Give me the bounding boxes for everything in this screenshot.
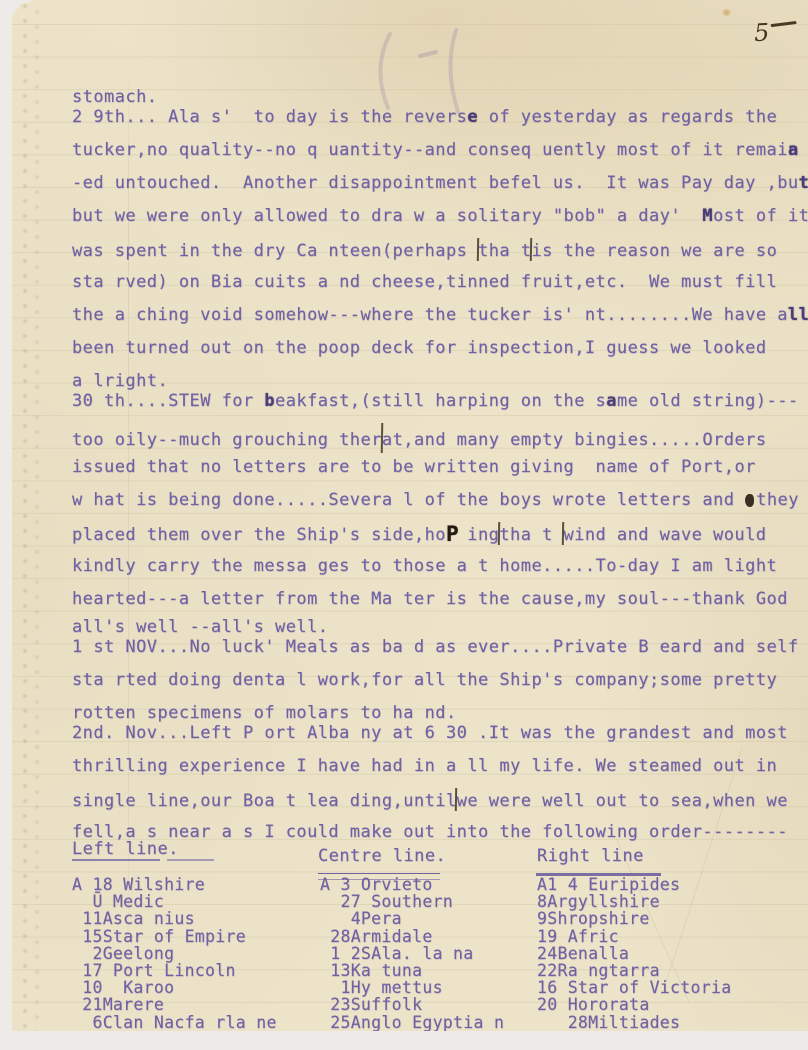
stain-mark bbox=[722, 9, 731, 16]
typed-text: the a ching void somehow---where the tuc… bbox=[72, 305, 788, 325]
typed-text: was spent in the dry Ca nteen(perhaps bbox=[72, 241, 478, 261]
fleet-ship-row: 25Anglo Egyptia n bbox=[320, 1014, 504, 1031]
typed-line: w hat is being done.....Severa l of the … bbox=[72, 489, 802, 511]
typed-text: thrilling experience I have had in a ll … bbox=[72, 756, 777, 776]
fleet-ship-row: 15Star of Empire bbox=[72, 928, 277, 945]
overstruck-text: t bbox=[799, 173, 808, 193]
fleet-ship-row: 6Clan Nacfa rla ne bbox=[72, 1014, 277, 1031]
typed-text: 2 9th... Ala s' to day is the revers bbox=[72, 107, 467, 127]
page-number: 5 bbox=[753, 17, 798, 47]
fleet-ship-row: 1 2SAla. la na bbox=[320, 945, 504, 962]
typed-text: eakfast,(still harping on the s bbox=[275, 391, 606, 411]
left-column-underline bbox=[72, 859, 214, 861]
typed-text: a lright. bbox=[72, 371, 168, 391]
typed-text: they bbox=[756, 490, 799, 510]
typed-line: a lright. bbox=[72, 370, 802, 392]
typed-line: 2 9th... Ala s' to day is the reverse of… bbox=[72, 106, 802, 128]
typed-text: but we were only allowed to dra w a soli… bbox=[72, 206, 702, 226]
overstruck-text: P bbox=[446, 523, 457, 545]
typed-text: 30 th....STEW for bbox=[72, 391, 264, 411]
fleet-ship-row: 23Suffolk bbox=[320, 996, 504, 1013]
typed-line: sta rted doing denta l work,for all the … bbox=[72, 669, 802, 691]
typed-text: stomach. bbox=[72, 87, 157, 107]
typed-line: been turned out on the poop deck for ins… bbox=[72, 337, 802, 359]
fleet-ship-row: 28Armidale bbox=[320, 928, 504, 945]
overstruck-text: a bbox=[606, 391, 617, 411]
typed-line: stomach. bbox=[72, 86, 802, 108]
typed-text: fell,a s near a s I could make out into … bbox=[72, 822, 788, 842]
fleet-ship-row: Ū Medic bbox=[72, 893, 277, 910]
typed-line: 2nd. Nov...Left P ort Alba ny at 6 30 .I… bbox=[72, 722, 802, 744]
fleet-ship-row: 11Asca nius bbox=[72, 910, 277, 927]
fleet-ship-row: 22Ra ngtarra bbox=[537, 962, 731, 979]
typed-text: -ed untouched. Another disappointment be… bbox=[72, 173, 799, 193]
column-header-centre: Centre line. bbox=[318, 846, 446, 866]
scanned-page: 5 stomach.2 9th... Ala s' to day is the … bbox=[0, 0, 808, 1050]
page-number-value: 5 bbox=[753, 18, 770, 47]
typed-line: sta rved) on Bia cuits a nd cheese,tinne… bbox=[72, 271, 802, 293]
fleet-column-right: A1 4 Euripides8Argyllshire9Shropshire19 … bbox=[537, 876, 731, 1031]
typed-line: placed them over the Ship's side,hoP ing… bbox=[72, 522, 802, 544]
typed-line: 30 th....STEW for beakfast,(still harpin… bbox=[72, 390, 802, 412]
typed-line: kindly carry the messa ges to those a t … bbox=[72, 555, 802, 577]
typed-line: single line,our Boa t lea ding,untilwe w… bbox=[72, 788, 802, 810]
fleet-column-centre: A 3 Orvieto 27 Southern 4Pera 28Armidale… bbox=[320, 876, 504, 1031]
typed-line: tucker,no quality--no q uantity--and con… bbox=[72, 139, 802, 161]
typed-text: ost of it bbox=[713, 206, 808, 226]
typed-text: hearted---a letter from the Ma ter is th… bbox=[72, 589, 788, 609]
typed-text-block: stomach.2 9th... Ala s' to day is the re… bbox=[72, 86, 802, 843]
typed-text: ing bbox=[457, 525, 500, 545]
typed-line: rotten specimens of molars to ha nd. bbox=[72, 702, 802, 724]
typed-line: issued that no letters are to be written… bbox=[72, 456, 802, 478]
fleet-ship-row: 21Marere bbox=[72, 996, 277, 1013]
typed-line: -ed untouched. Another disappointment be… bbox=[72, 172, 802, 194]
typed-text: we were well out to sea,when we bbox=[457, 791, 788, 811]
column-header-right: Right line bbox=[537, 846, 644, 866]
typed-line: 1 st NOV...No luck' Meals as ba d as eve… bbox=[72, 636, 802, 658]
typed-text: sta rved) on Bia cuits a nd cheese,tinne… bbox=[72, 272, 777, 292]
fleet-ship-row: 4Pera bbox=[320, 910, 504, 927]
typed-text: rotten specimens of molars to ha nd. bbox=[72, 703, 457, 723]
fleet-ship-row: 24Benalla bbox=[537, 945, 731, 962]
ink-blot-icon bbox=[745, 494, 754, 507]
typed-text: been turned out on the poop deck for ins… bbox=[72, 338, 767, 358]
typed-text: too oily--much grouching ther bbox=[72, 430, 382, 450]
fleet-ship-row: 19 Afric bbox=[537, 928, 731, 945]
typed-text: tha t bbox=[499, 525, 563, 545]
typed-line: thrilling experience I have had in a ll … bbox=[72, 755, 802, 777]
typed-line: was spent in the dry Ca nteen(perhaps th… bbox=[72, 238, 802, 260]
fleet-ship-row: 10 Karoo bbox=[72, 979, 277, 996]
typed-text: tucker,no quality--no q uantity--and con… bbox=[72, 140, 799, 160]
typed-line: hearted---a letter from the Ma ter is th… bbox=[72, 588, 802, 610]
fleet-ship-row: 8Argyllshire bbox=[537, 893, 731, 910]
column-header-left: Left line. bbox=[72, 839, 179, 859]
fleet-ship-row: 1Hy mettus bbox=[320, 979, 504, 996]
typed-text: all's well --all's well. bbox=[72, 617, 328, 637]
typed-text: of yesterday as regards the bbox=[478, 107, 777, 127]
typed-line: fell,a s near a s I could make out into … bbox=[72, 821, 802, 843]
typed-text: tha t bbox=[478, 241, 531, 261]
typed-text: 1 st NOV...No luck' Meals as ba d as eve… bbox=[72, 637, 799, 657]
typed-text: wind and wave would bbox=[563, 525, 766, 545]
fleet-ship-row: 9Shropshire bbox=[537, 910, 731, 927]
fleet-ship-row: A 3 Orvieto bbox=[320, 876, 504, 893]
fleet-ship-row: 13Ka tuna bbox=[320, 962, 504, 979]
fleet-ship-row: 16 Star of Victoria bbox=[537, 979, 731, 996]
typed-line: but we were only allowed to dra w a soli… bbox=[72, 205, 802, 227]
fleet-ship-row: A1 4 Euripides bbox=[537, 876, 731, 893]
typed-text: issued that no letters are to be written… bbox=[72, 457, 756, 477]
fleet-ship-row: 28Miltiades bbox=[537, 1014, 731, 1031]
typed-text: single line,our Boa t lea ding,until bbox=[72, 791, 457, 811]
typed-text: sta rted doing denta l work,for all the … bbox=[72, 670, 777, 690]
perforation-dots bbox=[14, 0, 48, 1031]
overstruck-text: a bbox=[788, 140, 799, 160]
typed-text: 2nd. Nov...Left P ort Alba ny at 6 30 .I… bbox=[72, 723, 788, 743]
fleet-ship-row: 17 Port Lincoln bbox=[72, 962, 277, 979]
paper: 5 stomach.2 9th... Ala s' to day is the … bbox=[12, 0, 808, 1031]
typed-text: me old string)--- bbox=[617, 391, 799, 411]
typed-line: too oily--much grouching therat,and many… bbox=[72, 423, 802, 445]
overstruck-text: b bbox=[264, 391, 275, 411]
fleet-ship-row: A 18 Wilshire bbox=[72, 876, 277, 893]
fleet-column-left: A 18 Wilshire Ū Medic 11Asca nius 15Star… bbox=[72, 876, 277, 1031]
pen-dash-icon bbox=[771, 21, 797, 27]
typed-text: w hat is being done.....Severa l of the … bbox=[72, 490, 745, 510]
overstruck-text: M bbox=[702, 206, 713, 226]
fleet-ship-row: 27 Southern bbox=[320, 893, 504, 910]
fleet-ship-row: 2Geelong bbox=[72, 945, 277, 962]
overstruck-text: ll bbox=[788, 305, 808, 325]
fleet-ship-row: 20 Hororata bbox=[537, 996, 731, 1013]
typed-line: all's well --all's well. bbox=[72, 616, 802, 638]
typed-text: kindly carry the messa ges to those a t … bbox=[72, 556, 777, 576]
typed-line: the a ching void somehow---where the tuc… bbox=[72, 304, 802, 326]
typed-text: is the reason we are so bbox=[532, 241, 778, 261]
pen-stroke-icon bbox=[380, 423, 383, 453]
pen-stroke-icon bbox=[477, 238, 480, 261]
typed-text: placed them over the Ship's side,ho bbox=[72, 525, 446, 545]
overstruck-text: e bbox=[467, 107, 478, 127]
typed-text: at,and many empty bingies.....Orders bbox=[382, 430, 767, 450]
